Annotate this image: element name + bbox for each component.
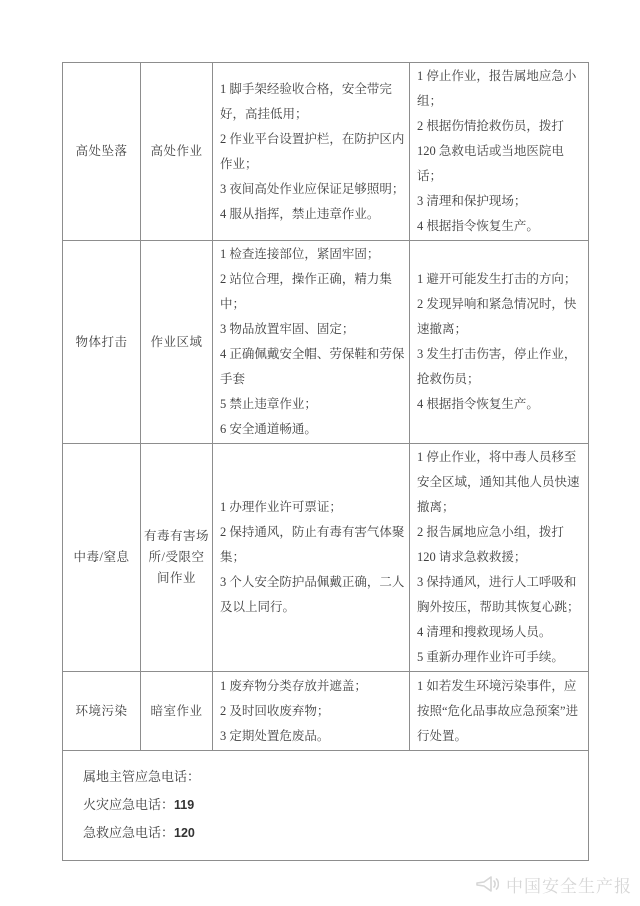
- list-item: 2 根据伤情抢救伤员，拨打 120 急救电话或当地医院电话；: [417, 114, 584, 189]
- list-item: 3 物品放置牢固、固定；: [220, 317, 405, 342]
- response-cell: 1 停止作业，将中毒人员移至安全区域，通知其他人员快速撤离；2 报告属地应急小组…: [410, 444, 589, 672]
- list-item: 2 发现异响和紧急情况时，快速撤离；: [417, 292, 584, 342]
- list-item: 1 停止作业，报告属地应急小组；: [417, 64, 584, 114]
- list-item: 5 重新办理作业许可手续。: [417, 645, 584, 670]
- emergency-phone-line: 急救应急电话：120: [83, 819, 580, 847]
- measures-cell: 1 检查连接部位，紧固牢固；2 站位合理，操作正确，精力集中；3 物品放置牢固、…: [213, 241, 410, 444]
- response-cell: 1 避开可能发生打击的方向；2 发现异响和紧急情况时，快速撤离；3 发生打击伤害…: [410, 241, 589, 444]
- list-item: 3 个人安全防护品佩戴正确，二人及以上同行。: [220, 570, 405, 620]
- table-row: 中毒/窒息 有毒有害场所/受限空间作业 1 办理作业许可票证；2 保持通风，防止…: [63, 444, 589, 672]
- list-item: 2 保持通风，防止有毒有害气体聚集；: [220, 520, 405, 570]
- list-item: 1 避开可能发生打击的方向；: [417, 267, 584, 292]
- operation-cell: 高处作业: [141, 63, 213, 241]
- list-item: 1 废弃物分类存放并遮盖；: [220, 674, 405, 699]
- operation-cell: 有毒有害场所/受限空间作业: [141, 444, 213, 672]
- hazard-cell: 中毒/窒息: [63, 444, 141, 672]
- measures-cell: 1 办理作业许可票证；2 保持通风，防止有毒有害气体聚集；3 个人安全防护品佩戴…: [213, 444, 410, 672]
- list-item: 3 夜间高处作业应保证足够照明；: [220, 177, 405, 202]
- list-item: 4 根据指令恢复生产。: [417, 392, 584, 417]
- list-item: 2 及时回收废弃物；: [220, 699, 405, 724]
- operation-cell: 作业区域: [141, 241, 213, 444]
- list-item: 1 检查连接部位，紧固牢固；: [220, 242, 405, 267]
- list-item: 2 作业平台设置护栏，在防护区内作业；: [220, 127, 405, 177]
- list-item: 1 如若发生环境污染事件，应按照“危化品事故应急预案”进行处置。: [417, 674, 584, 749]
- response-cell: 1 如若发生环境污染事件，应按照“危化品事故应急预案”进行处置。: [410, 672, 589, 751]
- operation-cell: 暗室作业: [141, 672, 213, 751]
- phone-label: 火灾应急电话：: [83, 797, 174, 812]
- source-watermark: 中国安全生产报: [475, 872, 632, 897]
- phone-number: 119: [174, 798, 194, 812]
- hazard-cell: 高处坠落: [63, 63, 141, 241]
- list-item: 1 停止作业，将中毒人员移至安全区域，通知其他人员快速撤离；: [417, 445, 584, 520]
- phone-label: 急救应急电话：: [83, 825, 174, 840]
- list-item: 3 保持通风，进行人工呼吸和胸外按压，帮助其恢复心跳；: [417, 570, 584, 620]
- list-item: 1 办理作业许可票证；: [220, 495, 405, 520]
- document-page: 高处坠落 高处作业 1 脚手架经验收合格，安全带完好，高挂低用；2 作业平台设置…: [0, 0, 640, 906]
- phone-number: 120: [174, 826, 195, 840]
- source-watermark-text: 中国安全生产报: [506, 872, 632, 897]
- hazard-cell: 环境污染: [63, 672, 141, 751]
- hazard-cell: 物体打击: [63, 241, 141, 444]
- measures-cell: 1 脚手架经验收合格，安全带完好，高挂低用；2 作业平台设置护栏，在防护区内作业…: [213, 63, 410, 241]
- phone-label: 属地主管应急电话：: [83, 769, 200, 784]
- table-footer-row: 属地主管应急电话： 火灾应急电话：119 急救应急电话：120: [63, 751, 589, 861]
- list-item: 3 清理和保护现场；: [417, 189, 584, 214]
- measures-cell: 1 废弃物分类存放并遮盖；2 及时回收废弃物；3 定期处置危废品。: [213, 672, 410, 751]
- megaphone-icon: [475, 875, 499, 895]
- list-item: 4 根据指令恢复生产。: [417, 214, 584, 239]
- table-row: 高处坠落 高处作业 1 脚手架经验收合格，安全带完好，高挂低用；2 作业平台设置…: [63, 63, 589, 241]
- response-cell: 1 停止作业，报告属地应急小组；2 根据伤情抢救伤员，拨打 120 急救电话或当…: [410, 63, 589, 241]
- list-item: 3 发生打击伤害，停止作业，抢救伤员；: [417, 342, 584, 392]
- list-item: 5 禁止违章作业；: [220, 392, 405, 417]
- hazard-table: 高处坠落 高处作业 1 脚手架经验收合格，安全带完好，高挂低用；2 作业平台设置…: [62, 62, 589, 861]
- list-item: 2 报告属地应急小组，拨打 120 请求急救救援；: [417, 520, 584, 570]
- list-item: 2 站位合理，操作正确，精力集中；: [220, 267, 405, 317]
- emergency-phone-line: 属地主管应急电话：: [83, 763, 580, 791]
- table-row: 物体打击 作业区域 1 检查连接部位，紧固牢固；2 站位合理，操作正确，精力集中…: [63, 241, 589, 444]
- list-item: 4 服从指挥，禁止违章作业。: [220, 202, 405, 227]
- emergency-phone-line: 火灾应急电话：119: [83, 791, 580, 819]
- list-item: 4 正确佩戴安全帽、劳保鞋和劳保手套: [220, 342, 405, 392]
- list-item: 3 定期处置危废品。: [220, 724, 405, 749]
- list-item: 6 安全通道畅通。: [220, 417, 405, 442]
- list-item: 4 清理和搜救现场人员。: [417, 620, 584, 645]
- emergency-phone-cell: 属地主管应急电话： 火灾应急电话：119 急救应急电话：120: [63, 751, 589, 861]
- table-row: 环境污染 暗室作业 1 废弃物分类存放并遮盖；2 及时回收废弃物；3 定期处置危…: [63, 672, 589, 751]
- list-item: 1 脚手架经验收合格，安全带完好，高挂低用；: [220, 77, 405, 127]
